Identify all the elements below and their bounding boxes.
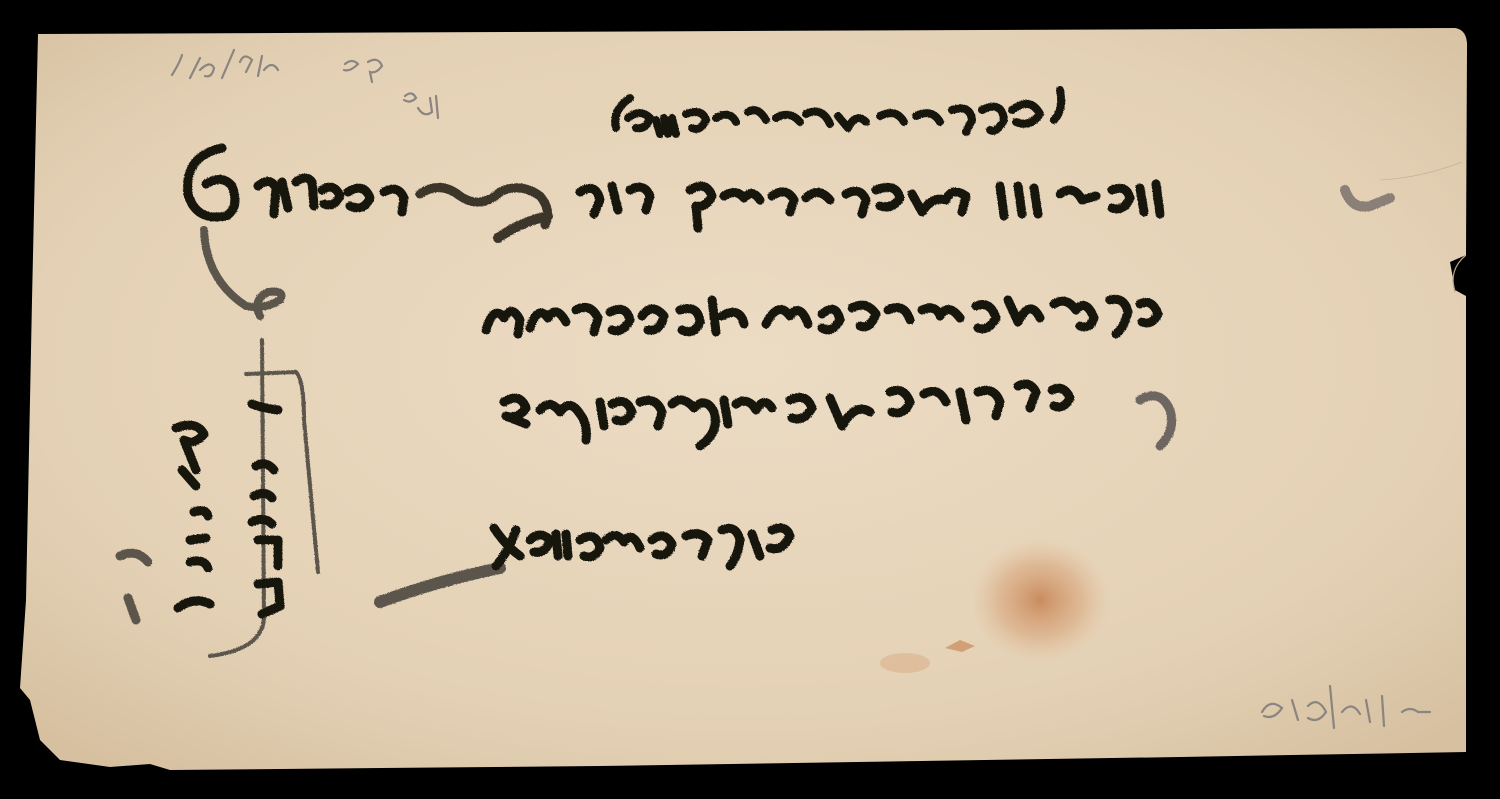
envelope-image <box>0 0 1500 799</box>
scan-background: १६/५/१५ ११ १५५ ८५ ९ ५ । handwritten scri… <box>0 0 1500 799</box>
